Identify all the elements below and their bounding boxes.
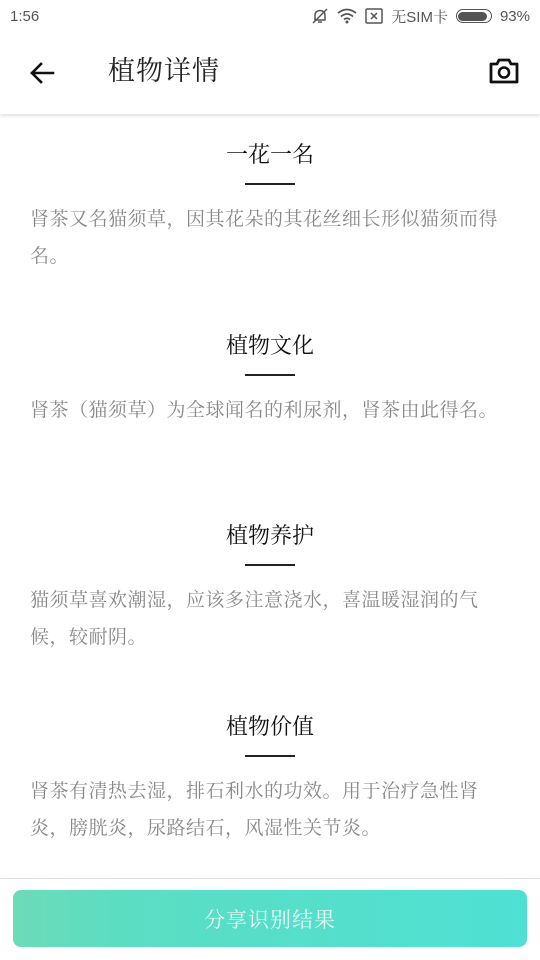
plant-detail-content[interactable]: 一花一名 肾茶又名猫须草，因其花朵的其花丝细长形似猫须而得名。 植物文化 肾茶（… [0, 114, 540, 878]
section-name-origin: 一花一名 肾茶又名猫须草，因其花朵的其花丝细长形似猫须而得名。 [0, 141, 540, 275]
section-body: 猫须草喜欢潮湿，应该多注意浇水，喜温暖湿润的气候，较耐阴。 [30, 582, 510, 656]
share-result-button[interactable]: 分享识别结果 [13, 890, 527, 947]
camera-icon [488, 57, 520, 85]
section-plant-value: 植物价值 肾茶有清热去湿，排石利水的功效。用于治疗急性肾炎，膀胱炎，尿路结石，风… [0, 713, 540, 847]
footer-divider [0, 878, 540, 879]
notification-muted-icon [311, 7, 329, 25]
section-title: 植物养护 [30, 522, 510, 552]
battery-icon [456, 9, 492, 23]
section-divider [245, 755, 295, 757]
section-body: 肾茶又名猫须草，因其花朵的其花丝细长形似猫须而得名。 [30, 201, 510, 275]
section-body: 肾茶有清热去湿，排石利水的功效。用于治疗急性肾炎，膀胱炎，尿路结石，风湿性关节炎… [30, 773, 510, 847]
section-divider [245, 183, 295, 185]
page-title: 植物详情 [108, 52, 220, 92]
arrow-left-icon [28, 59, 56, 87]
camera-button[interactable] [486, 53, 522, 89]
section-title: 植物价值 [30, 713, 510, 743]
back-button[interactable] [24, 55, 60, 91]
wifi-icon [337, 8, 357, 24]
section-plant-culture: 植物文化 肾茶（猫须草）为全球闻名的利尿剂，肾茶由此得名。 [0, 332, 540, 429]
no-sim-icon [365, 8, 383, 24]
app-bar: 植物详情 [0, 32, 540, 114]
status-time: 1:56 [10, 8, 39, 25]
section-plant-care: 植物养护 猫须草喜欢潮湿，应该多注意浇水，喜温暖湿润的气候，较耐阴。 [0, 522, 540, 656]
section-divider [245, 374, 295, 376]
section-title: 植物文化 [30, 332, 510, 362]
battery-level [458, 12, 487, 21]
section-title: 一花一名 [30, 141, 510, 171]
status-icons: 无SIM卡 93% [311, 6, 530, 27]
sim-status-text: 无SIM卡 [391, 6, 448, 27]
battery-percent: 93% [500, 8, 530, 25]
section-body: 肾茶（猫须草）为全球闻名的利尿剂，肾茶由此得名。 [30, 392, 510, 429]
section-divider [245, 564, 295, 566]
status-bar: 1:56 无SIM卡 93% [0, 0, 540, 32]
